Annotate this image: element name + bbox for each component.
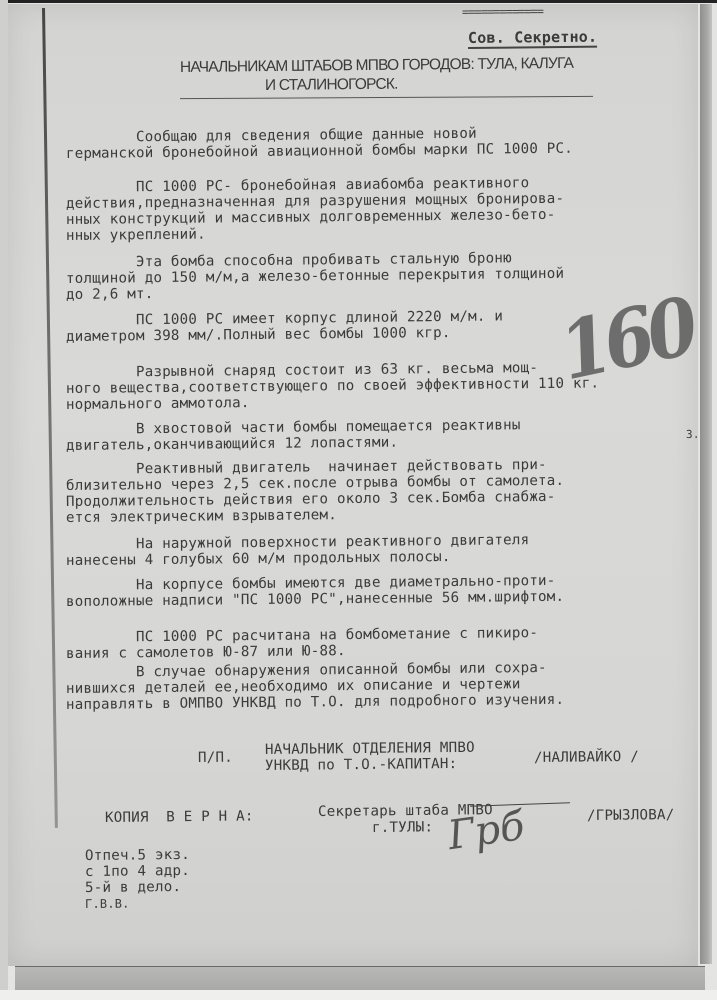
copy-certified-label: КОПИЯ В Е Р Н А: [105, 808, 254, 826]
distribution-line-2: с 1по 4 адр. [85, 863, 190, 880]
margin-mark: 3. [686, 427, 700, 443]
distribution-line-1: Отпеч.5 экз. [85, 847, 190, 864]
left-edge [0, 0, 8, 1000]
paragraph-line: ется электрическим взрывателем. [66, 507, 337, 526]
signature-pp: П/П. [198, 750, 233, 766]
header-dashes: ============= [462, 3, 543, 20]
page-edge-shadow [700, 4, 712, 964]
bottom-scan-band [15, 966, 705, 991]
top-border [0, 0, 717, 3]
distribution-line-3: 5-й в дело. [85, 879, 181, 896]
addressee-line-2: И СТАЛИНОГОРСК. [265, 77, 398, 94]
secretary-line-2: г.ТУЛЫ: [372, 819, 433, 836]
bottom-margin [0, 990, 717, 1000]
paragraph-line: нормального аммотола. [66, 395, 250, 413]
signature-title-line-2: УНКВД по Т.О.-КАПИТАН: [265, 756, 457, 774]
paragraph-line: нных укреплений. [66, 227, 206, 244]
classification-stamp: Сов. Секретно. [468, 29, 597, 49]
secretary-name: /ГРЫЗЛОВА/ [587, 807, 675, 824]
paragraph-line: вания с самолетов Ю-87 или Ю-88. [66, 643, 346, 662]
paragraph-line: до 2,6 мт. [66, 286, 154, 303]
distribution-line-4: Г.В.В. [85, 896, 130, 912]
signature-name: /НАЛИВАЙКО / [534, 749, 639, 766]
